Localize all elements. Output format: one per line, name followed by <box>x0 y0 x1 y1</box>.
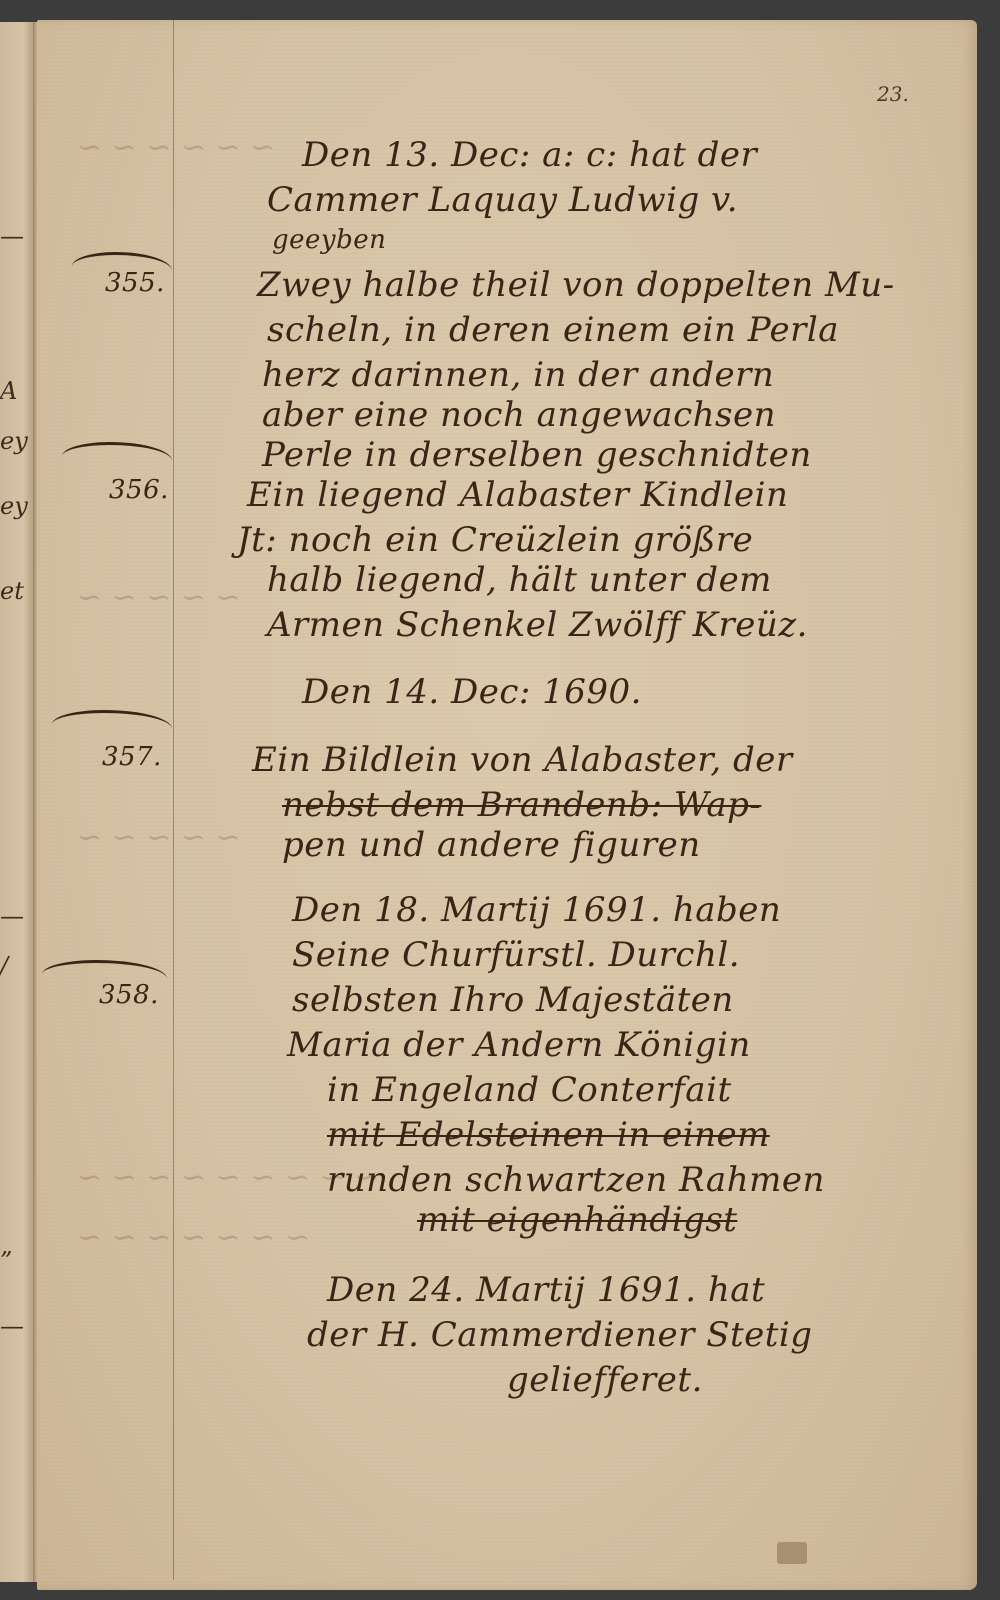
entry-line: aber eine noch angewachsen <box>262 395 776 435</box>
header-line: Cammer Laquay Ludwig v. <box>267 180 738 220</box>
facing-page-text: — <box>0 902 30 930</box>
entry-line: runden schwartzen Rahmen <box>327 1160 825 1200</box>
entry-line: in Engeland Conterfait <box>327 1070 732 1110</box>
entry-number: 356. <box>109 475 169 505</box>
facing-page-text: ” <box>0 1247 30 1275</box>
bleed-through-text: ~ ~ ~ ~ ~ <box>77 820 241 855</box>
margin-rule <box>173 20 174 1580</box>
entry-number: 355. <box>105 268 165 298</box>
entry-swash <box>52 710 172 743</box>
paper-stain <box>777 1542 807 1564</box>
entry-line: pen und andere figuren <box>282 825 701 865</box>
entry-number: 357. <box>102 742 162 772</box>
facing-page-text: A <box>0 377 30 405</box>
page-number: 23. <box>877 82 909 106</box>
header-line: Den 13. Dec: a: c: hat der <box>302 135 757 175</box>
entry-line: halb liegend, hält unter dem <box>267 560 772 600</box>
entry-line: Maria der Andern Königin <box>287 1025 751 1065</box>
entry-line: Ein Bildlein von Alabaster, der <box>252 740 793 780</box>
entry-line: Armen Schenkel Zwölff Kreüz. <box>267 605 808 645</box>
manuscript-page: ~ ~ ~ ~ ~ ~ ~ ~ ~ ~ ~ ~ ~ ~ ~ ~ ~ ~ ~ ~ … <box>37 20 977 1590</box>
manuscript-scan: — A ey ey et — / ” — ~ ~ ~ ~ ~ ~ ~ ~ ~ ~… <box>0 0 1000 1600</box>
entry-line: Jt: noch ein Creüzlein größre <box>237 520 753 560</box>
entry-swash <box>62 442 172 475</box>
entry-line: scheln, in deren einem ein Perla <box>267 310 839 350</box>
entry-date: Den 14. Dec: 1690. <box>302 672 642 712</box>
entry-line: selbsten Ihro Majestäten <box>292 980 734 1020</box>
entry-date: Den 24. Martij 1691. hat <box>327 1270 765 1310</box>
bleed-through-text: ~ ~ ~ ~ ~ ~ <box>77 130 276 165</box>
facing-page-text: / <box>0 952 30 980</box>
entry-line-struck: nebst dem Brandenb: Wap- <box>282 785 761 825</box>
facing-page-text: — <box>0 1312 30 1340</box>
facing-page-text: ey <box>0 492 30 520</box>
entry-line: Zwey halbe theil von doppelten Mu- <box>257 265 895 305</box>
entry-line: Seine Churfürstl. Durchl. <box>292 935 740 975</box>
entry-line: Ein liegend Alabaster Kindlein <box>247 475 788 515</box>
entry-line: Perle in derselben geschnidten <box>262 435 812 475</box>
entry-line-struck: mit Edelsteinen in einem <box>327 1115 770 1155</box>
bleed-through-text: ~ ~ ~ ~ ~ <box>77 580 241 615</box>
entry-line: geliefferet. <box>507 1360 703 1400</box>
entry-number: 358. <box>99 980 159 1010</box>
facing-page-fragment: — A ey ey et — / ” — <box>0 22 33 1582</box>
header-line: geeyben <box>272 220 386 260</box>
entry-date: Den 18. Martij 1691. haben <box>292 890 781 930</box>
entry-line-struck: mit eigenhändigst <box>417 1200 737 1240</box>
bleed-through-text: ~ ~ ~ ~ ~ ~ ~ <box>77 1220 310 1255</box>
facing-page-text: et <box>0 577 30 605</box>
facing-page-text: ey <box>0 427 30 455</box>
facing-page-text: — <box>0 222 30 250</box>
entry-line: herz darinnen, in der andern <box>262 355 774 395</box>
entry-line: der H. Cammerdiener Stetig <box>307 1315 813 1355</box>
